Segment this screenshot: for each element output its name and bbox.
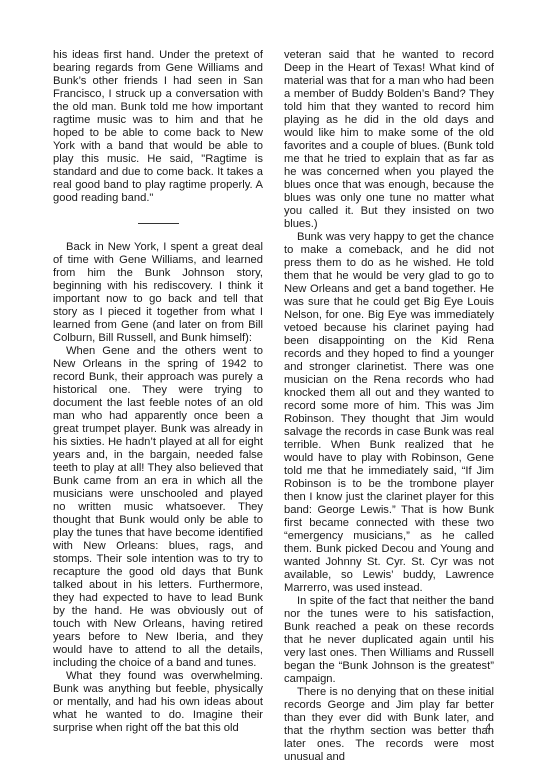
- left-column: his ideas first hand. Under the pretext …: [53, 49, 263, 735]
- right-column: veteran said that he wanted to record De…: [284, 49, 494, 764]
- paragraph: Bunk was very happy to get the chance to…: [284, 231, 494, 595]
- paragraph: Back in New York, I spent a great deal o…: [53, 241, 263, 345]
- document-page: his ideas first hand. Under the pretext …: [0, 0, 547, 775]
- paragraph: What they found was overwhelming. Bunk w…: [53, 670, 263, 735]
- paragraph: When Gene and the others went to New Orl…: [53, 345, 263, 670]
- paragraph: There is no denying that on these initia…: [284, 686, 494, 764]
- section-separator: [138, 223, 179, 224]
- paragraph: In spite of the fact that neither the ba…: [284, 595, 494, 686]
- page-number: 4: [486, 722, 491, 732]
- paragraph: veteran said that he wanted to record De…: [284, 49, 494, 231]
- paragraph: his ideas first hand. Under the pretext …: [53, 49, 263, 205]
